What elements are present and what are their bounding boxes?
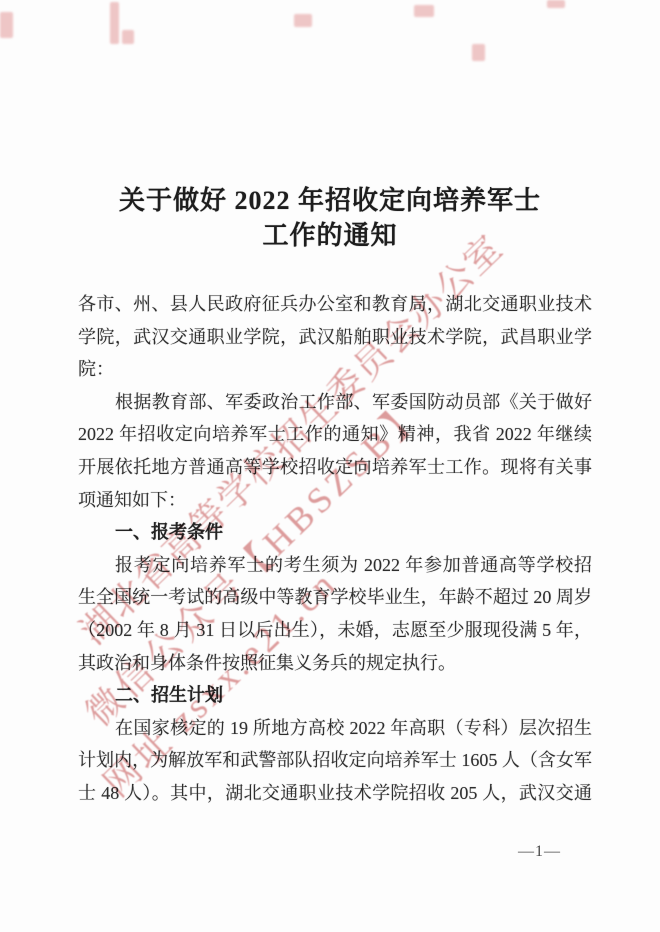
section-heading-eligibility: 一、报考条件 [78,516,592,549]
doc-text-line: 根据教育部、军委政治工作部、军委国防动员部《关于做好 [78,386,592,419]
red-scan-artifact-4 [294,14,312,27]
doc-text-line: 在国家核定的 19 所地方高校 2022 年高职（专科）层次招生 [78,712,592,745]
red-scan-artifact-7 [547,0,565,8]
document-title-line-2: 工作的通知 [0,218,660,253]
doc-text-line: 各市、州、县人民政府征兵办公室和教育局，湖北交通职业技术 [78,288,592,321]
doc-text-line: 开展依托地方普通高等学校招收定向培养军士工作。现将有关事 [78,451,592,484]
doc-text-line: （2002 年 8 月 31 日以后出生），未婚，志愿至少服现役满 5 年， [78,614,592,647]
page-number: —1— [518,843,561,861]
doc-text-line: 生全国统一考试的高级中等教育学校毕业生，年龄不超过 20 周岁 [78,581,592,614]
document-title-line-1: 关于做好 2022 年招收定向培养军士 [0,183,660,218]
doc-text-line: 士 48 人）。其中，湖北交通职业技术学院招收 205 人，武汉交通 [78,777,592,810]
scanned-document-page: 关于做好 2022 年招收定向培养军士 工作的通知 各市、州、县人民政府征兵办公… [0,0,660,932]
red-scan-artifact-5 [414,5,434,17]
doc-text-line: 其政治和身体条件按照征集义务兵的规定执行。 [78,647,592,680]
doc-text-line: 计划内，为解放军和武警部队招收定向培养军士 1605 人（含女军 [78,744,592,777]
doc-text-line: 项通知如下： [78,484,592,517]
document-body: 各市、州、县人民政府征兵办公室和教育局，湖北交通职业技术 学院，武汉交通职业学院… [78,288,592,810]
section-heading-enrollment-plan: 二、招生计划 [78,679,592,712]
doc-text-line: 2022 年招收定向培养军士工作的通知》精神，我省 2022 年继续 [78,418,592,451]
doc-text-line: 报考定向培养军士的考生须为 2022 年参加普通高等学校招 [78,549,592,582]
doc-text-line: 院： [78,353,592,386]
red-scan-artifact-1 [0,12,13,38]
red-scan-artifact-6 [472,44,485,61]
red-scan-artifact-3 [122,30,134,44]
document-title: 关于做好 2022 年招收定向培养军士 工作的通知 [0,183,660,253]
doc-text-line: 学院，武汉交通职业学院，武汉船舶职业技术学院，武昌职业学 [78,321,592,354]
red-scan-artifact-2 [110,2,119,44]
